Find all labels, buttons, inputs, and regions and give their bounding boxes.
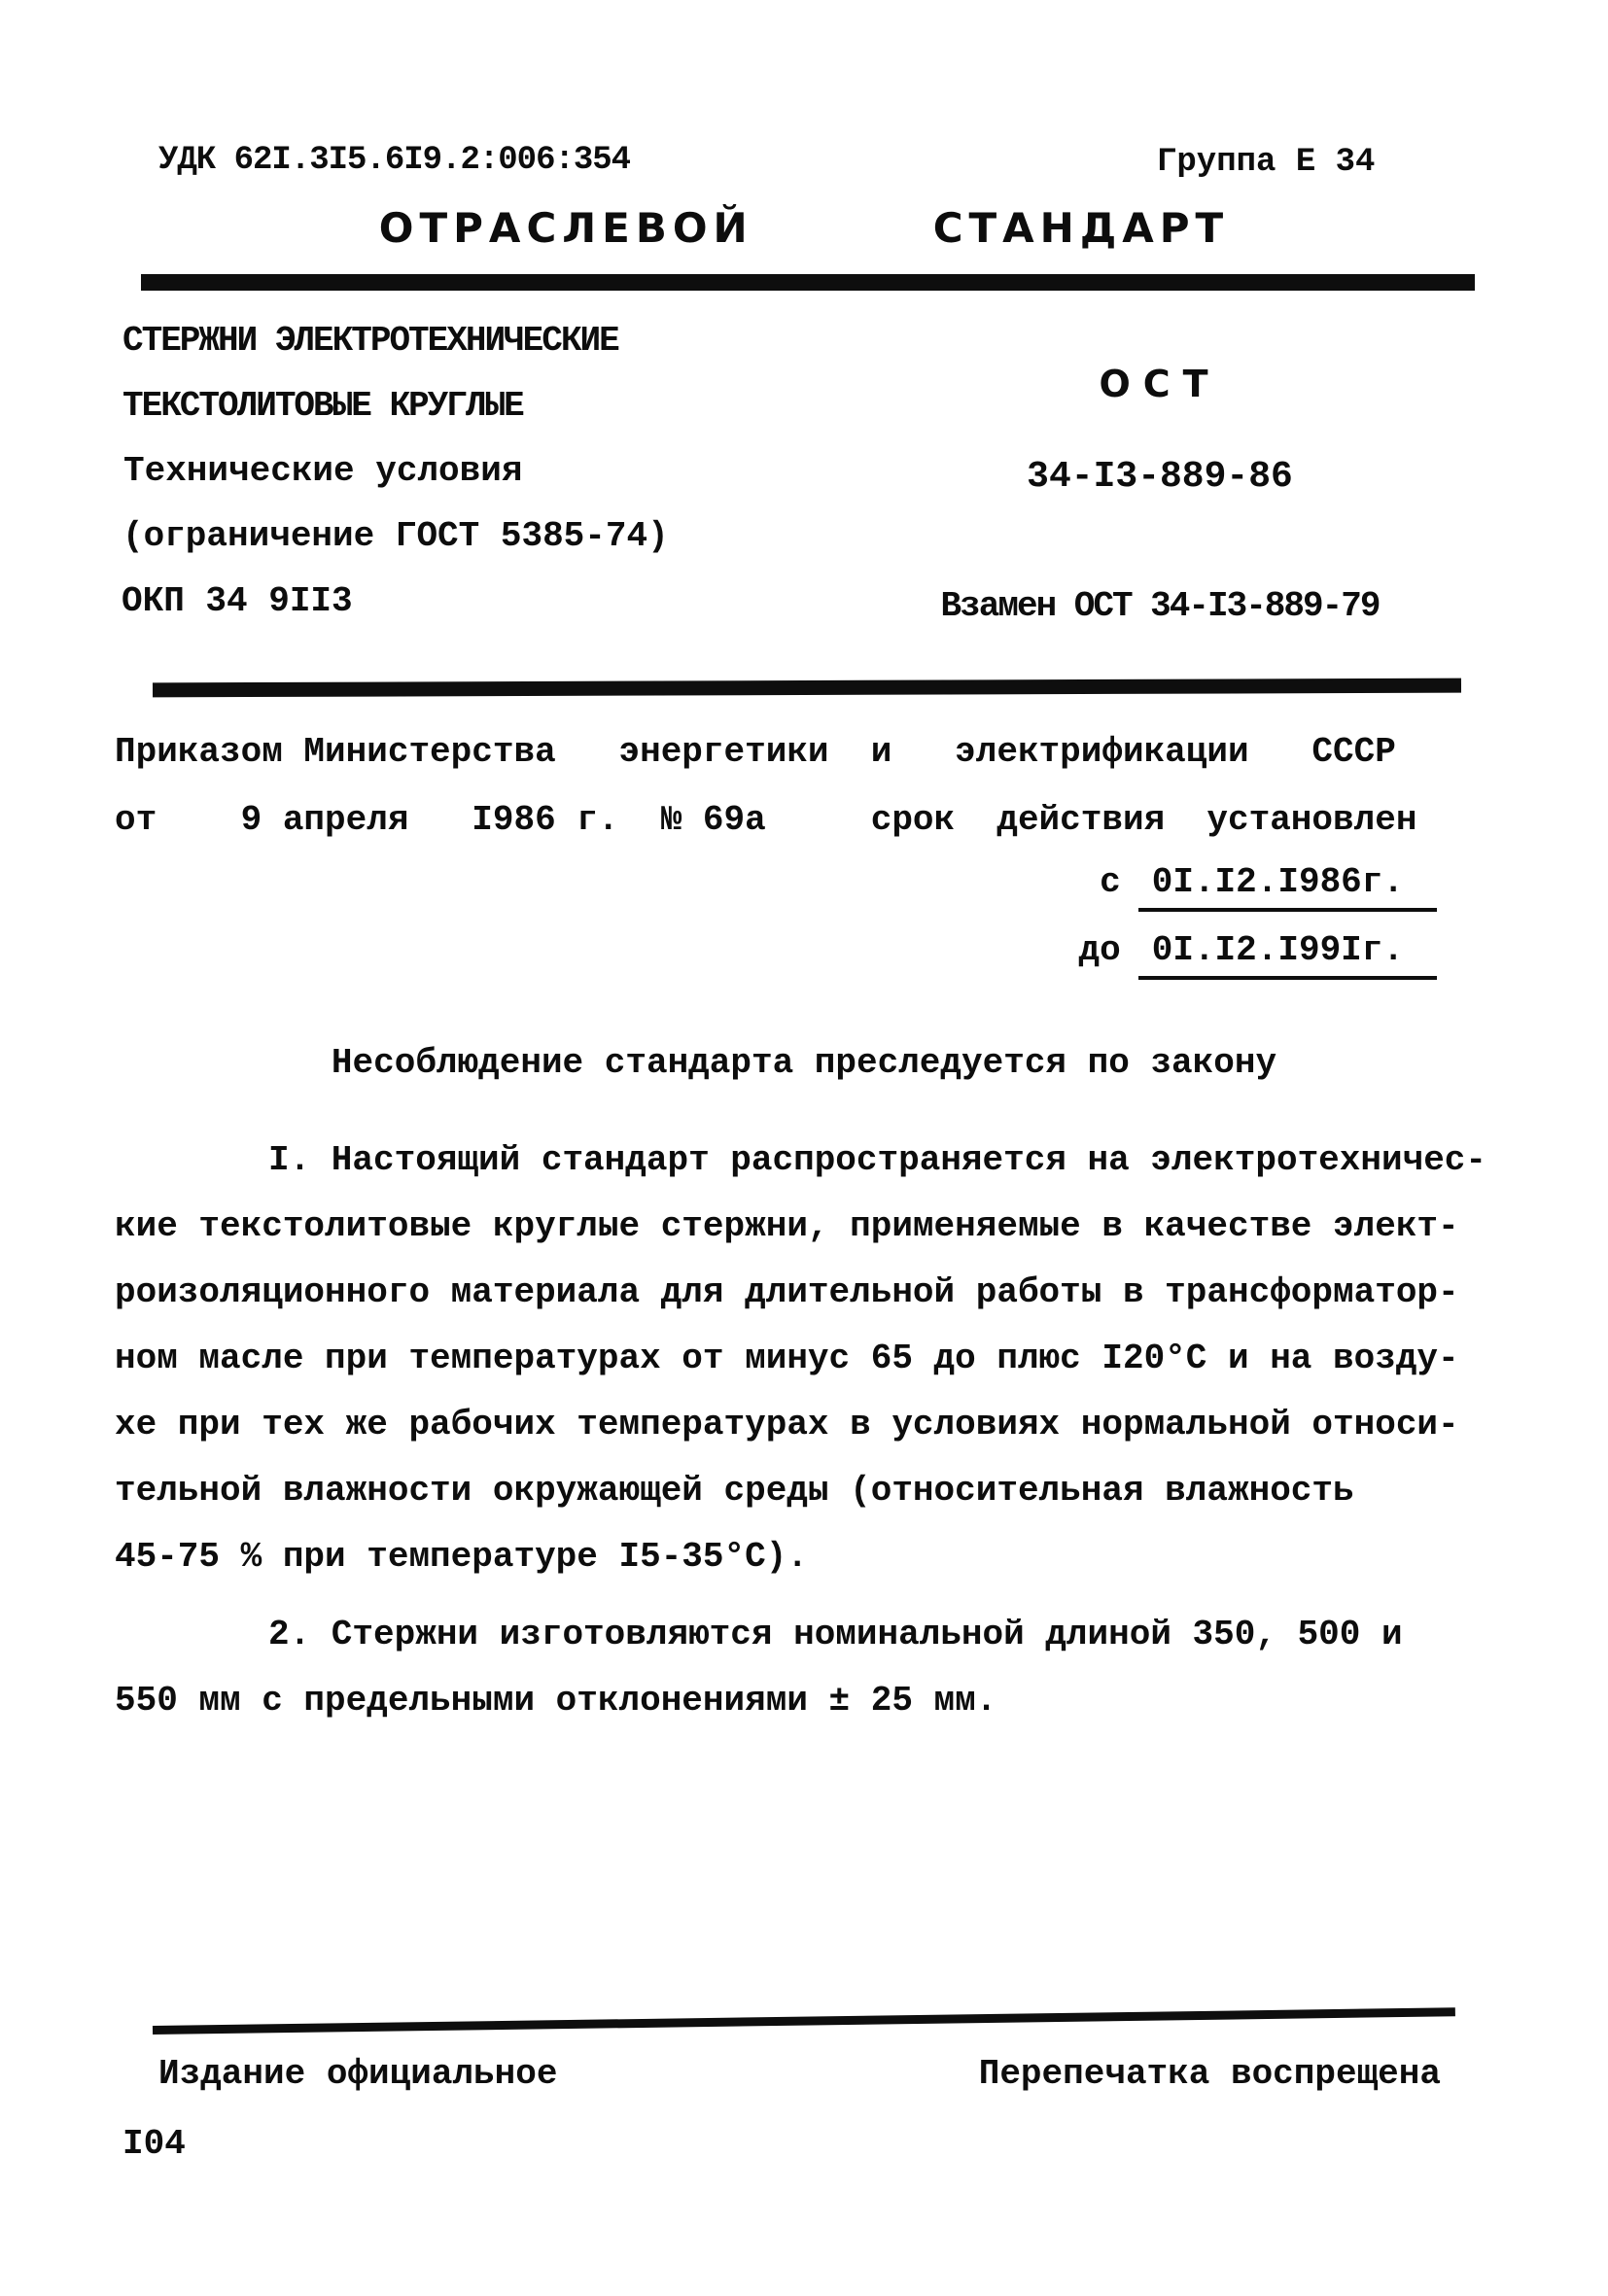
validity-from-row: с 0I.I2.I986г.: [1100, 865, 1437, 912]
standard-type-heading: ОТРАСЛЕВОЙ СТАНДАРТ: [0, 204, 1608, 252]
top-rule: [141, 274, 1475, 291]
doc-title-line-1: СТЕРЖНИ ЭЛЕКТРОТЕХНИЧЕСКИЕ: [122, 324, 618, 359]
validity-to-label: до: [1079, 933, 1121, 968]
replaces-note: Взамен ОСТ 34-I3-889-79: [912, 589, 1408, 624]
para2-line-1: 2. Стержни изготовляются номинальной дли…: [115, 1618, 1403, 1652]
para1-line-5: хе при тех же рабочих температурах в усл…: [115, 1408, 1459, 1443]
order-line-1: Приказом Министерства энергетики и элект…: [115, 735, 1396, 770]
doc-subtitle: Технические условия: [123, 454, 522, 489]
validity-to-value: 0I.I2.I99Iг.: [1138, 933, 1437, 980]
udk-code: УДК 62I.3I5.6I9.2:006:354: [158, 144, 630, 177]
reprint-note: Перепечатка воспрещена: [979, 2057, 1441, 2092]
para1-line-2: кие текстолитовые круглые стержни, приме…: [115, 1209, 1459, 1244]
standard-type-word-2: СТАНДАРТ: [933, 204, 1229, 252]
standard-type-word-1: ОТРАСЛЕВОЙ: [379, 204, 753, 252]
validity-to-row: до 0I.I2.I99Iг.: [1079, 933, 1437, 980]
doc-title-line-2: ТЕКСТОЛИТОВЫЕ КРУГЛЫЕ: [122, 389, 523, 424]
para2-line-2: 550 мм с предельными отклонениями ± 25 м…: [115, 1684, 996, 1719]
ost-label: ОСТ: [912, 365, 1408, 402]
para1-line-4: ном масле при температурах от минус 65 д…: [115, 1341, 1459, 1376]
para1-line-1: I. Настоящий стандарт распространяется н…: [115, 1143, 1486, 1178]
okp-code: ОКП 34 9II3: [122, 584, 353, 619]
document-page: УДК 62I.3I5.6I9.2:006:354 Группа Е 34 ОТ…: [0, 0, 1608, 2296]
para1-line-3: роизоляционного материала для длительной…: [115, 1275, 1459, 1310]
bottom-rule: [153, 2007, 1455, 2035]
edition-note: Издание официальное: [158, 2057, 557, 2092]
para1-line-7: 45-75 % при температуре I5-35°С).: [115, 1540, 808, 1575]
restriction-note: (ограничение ГОСТ 5385-74): [122, 519, 669, 554]
middle-rule: [153, 678, 1461, 698]
validity-from-label: с: [1100, 865, 1121, 900]
footer-row: Издание официальное Перепечатка воспреще…: [158, 2057, 1441, 2092]
para1-line-6: тельной влажности окружающей среды (отно…: [115, 1474, 1354, 1509]
validity-from-value: 0I.I2.I986г.: [1138, 865, 1437, 912]
order-line-2: от 9 апреля I986 г. № 69а срок действия …: [115, 803, 1416, 838]
ost-number: 34-I3-889-86: [912, 459, 1408, 496]
group-code: Группа Е 34: [1157, 146, 1375, 179]
law-notice: Несоблюдение стандарта преследуется по з…: [0, 1046, 1608, 1081]
page-number: I04: [122, 2127, 186, 2162]
